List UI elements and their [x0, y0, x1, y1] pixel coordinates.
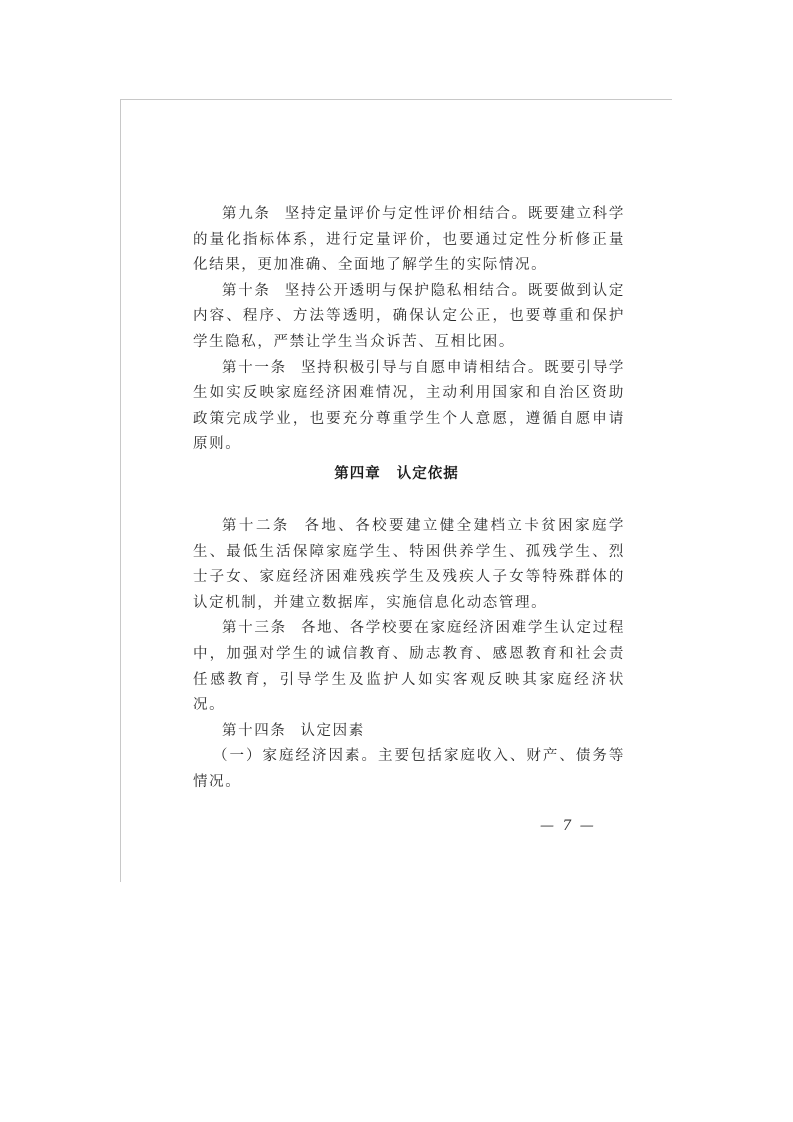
page-border-top	[120, 99, 672, 100]
article-number: 第十二条	[222, 518, 290, 534]
article-10: 第十条坚持公开透明与保护隐私相结合。既要做到认定内容、程序、方法等透明，确保认定…	[193, 279, 625, 356]
page-border-left	[120, 99, 121, 882]
list-item-economic-factors: （一）家庭经济因素。主要包括家庭收入、财产、债务等情况。	[193, 744, 625, 795]
chapter-heading: 第四章认定依据	[0, 462, 793, 483]
chapter-title: 认定依据	[397, 466, 459, 482]
article-13: 第十三条各地、各学校要在家庭经济困难学生认定过程中，加强对学生的诚信教育、励志教…	[193, 616, 625, 718]
article-14: 第十四条认定因素	[193, 719, 625, 745]
article-number: 第十条	[222, 283, 271, 299]
page-number: — 7 —	[540, 818, 596, 834]
article-number: 第九条	[222, 206, 271, 222]
article-11: 第十一条坚持积极引导与自愿申请相结合。既要引导学生如实反映家庭经济困难情况，主动…	[193, 356, 625, 458]
article-9: 第九条坚持定量评价与定性评价相结合。既要建立科学的量化指标体系，进行定量评价，也…	[193, 202, 625, 279]
article-number: 第十三条	[222, 620, 287, 636]
section-principles: 第九条坚持定量评价与定性评价相结合。既要建立科学的量化指标体系，进行定量评价，也…	[193, 202, 625, 458]
chapter-number: 第四章	[334, 466, 381, 482]
article-12: 第十二条各地、各校要建立健全建档立卡贫困家庭学生、最低生活保障家庭学生、特困供养…	[193, 514, 625, 616]
article-number: 第十四条	[222, 723, 286, 739]
section-basis: 第十二条各地、各校要建立健全建档立卡贫困家庭学生、最低生活保障家庭学生、特困供养…	[193, 514, 625, 796]
article-number: 第十一条	[222, 360, 287, 376]
article-text: 认定因素	[300, 723, 364, 739]
